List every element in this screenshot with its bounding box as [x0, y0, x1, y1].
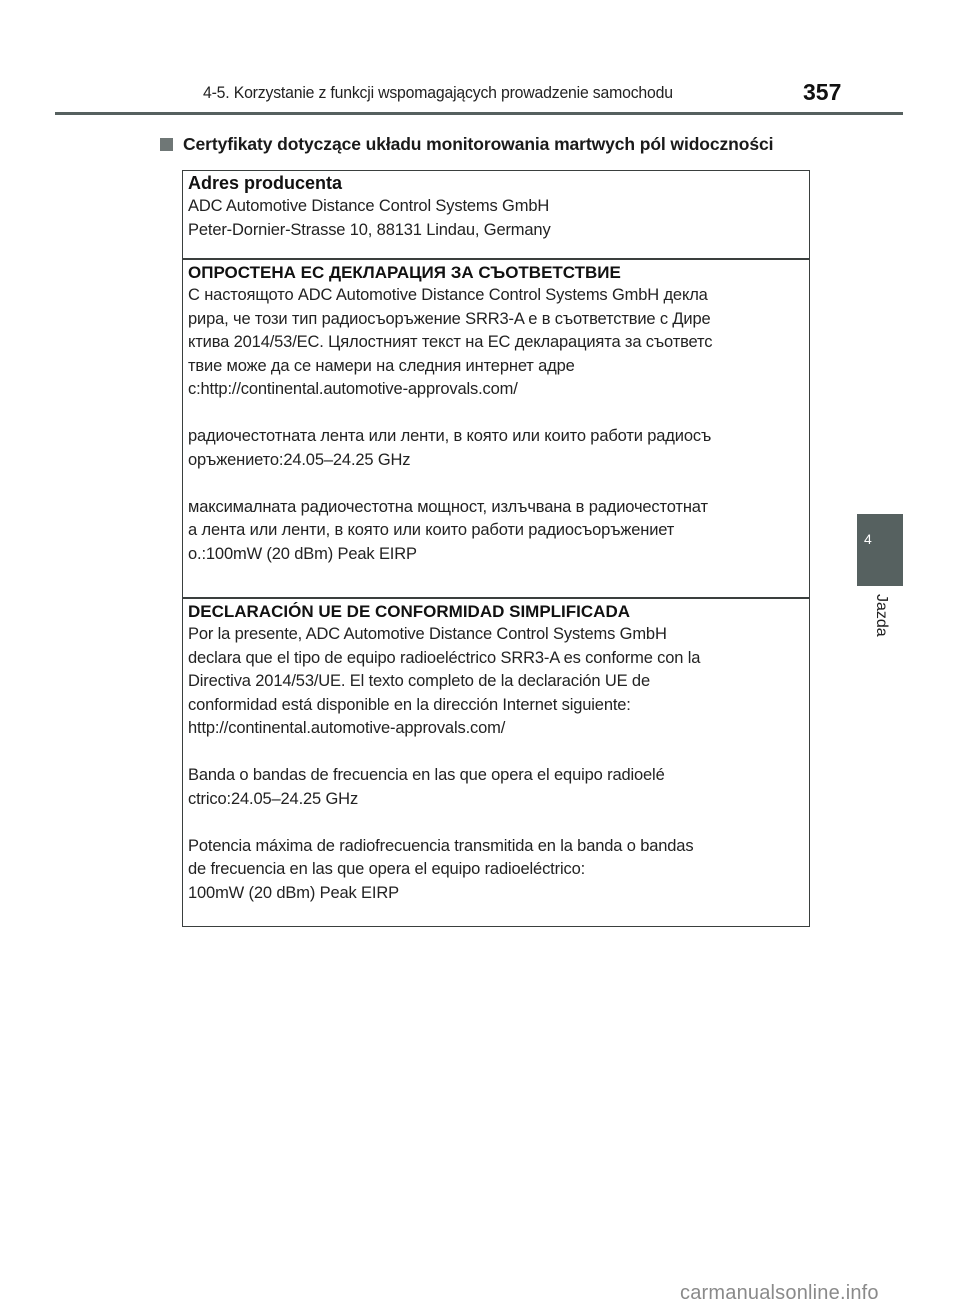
declaration-line: твие може да се намери на следния интерн… [188, 355, 809, 379]
declaration-line: ктива 2014/53/ЕС. Цялостният текст на ЕС… [188, 331, 809, 355]
frequency-band-line: оръжението:24.05–24.25 GHz [188, 449, 809, 473]
manufacturer-line: Peter-Dornier-Strasse 10, 88131 Lindau, … [188, 219, 809, 243]
frequency-band-line: радиочестотната лента или ленти, в която… [188, 425, 809, 449]
declaration-line: conformidad está disponible en la direcc… [188, 694, 809, 718]
chapter-title: 4-5. Korzystanie z funkcji wspomagającyc… [203, 83, 673, 103]
chapter-tab-label: Jazda [872, 594, 890, 637]
page-number: 357 [803, 79, 841, 106]
manufacturer-line: ADC Automotive Distance Control Systems … [188, 195, 809, 219]
max-power-line: Potencia máxima de radiofrecuencia trans… [188, 835, 809, 859]
declaration-url-line: http://continental.automotive-approvals.… [188, 717, 809, 741]
declaration-line: рира, че този тип радиосъоръжение SRR3-A… [188, 308, 809, 332]
spanish-declaration-section: DECLARACIÓN UE DE CONFORMIDAD SIMPLIFICA… [183, 597, 809, 928]
max-power-line: 100mW (20 dBm) Peak EIRP [188, 882, 809, 906]
manufacturer-section: Adres producenta ADC Automotive Distance… [183, 171, 809, 258]
section-heading: Certyfikaty dotyczące układu monitorowan… [160, 134, 773, 155]
max-power-line: а лента или ленти, в която или които раб… [188, 519, 809, 543]
bulgarian-declaration-title: ОПРОСТЕНА ЕС ДЕКЛАРАЦИЯ ЗА СЪОТВЕТСТВИЕ [188, 261, 809, 284]
manufacturer-title: Adres producenta [188, 172, 809, 195]
frequency-band-line: ctrico:24.05–24.25 GHz [188, 788, 809, 812]
bulgarian-declaration-section: ОПРОСТЕНА ЕС ДЕКЛАРАЦИЯ ЗА СЪОТВЕТСТВИЕ … [183, 258, 809, 597]
declaration-line: С настоящото ADC Automotive Distance Con… [188, 284, 809, 308]
chapter-tab: 4 [857, 514, 903, 586]
max-power-line: о.:100mW (20 dBm) Peak EIRP [188, 543, 809, 567]
declaration-line: Directiva 2014/53/UE. El texto completo … [188, 670, 809, 694]
declaration-line: Por la presente, ADC Automotive Distance… [188, 623, 809, 647]
declaration-url-line: с:http://continental.automotive-approval… [188, 378, 809, 402]
max-power-line: de frecuencia en las que opera el equipo… [188, 858, 809, 882]
max-power-line: максималната радиочестотна мощност, излъ… [188, 496, 809, 520]
spanish-declaration-title: DECLARACIÓN UE DE CONFORMIDAD SIMPLIFICA… [188, 600, 809, 623]
header-divider [55, 112, 903, 115]
certificate-box: Adres producenta ADC Automotive Distance… [182, 170, 810, 927]
frequency-band-line: Banda o bandas de frecuencia en las que … [188, 764, 809, 788]
declaration-line: declara que el tipo de equipo radioeléct… [188, 647, 809, 671]
section-heading-text: Certyfikaty dotyczące układu monitorowan… [183, 134, 773, 155]
square-bullet-icon [160, 138, 173, 151]
watermark: carmanualsonline.info [680, 1282, 879, 1305]
